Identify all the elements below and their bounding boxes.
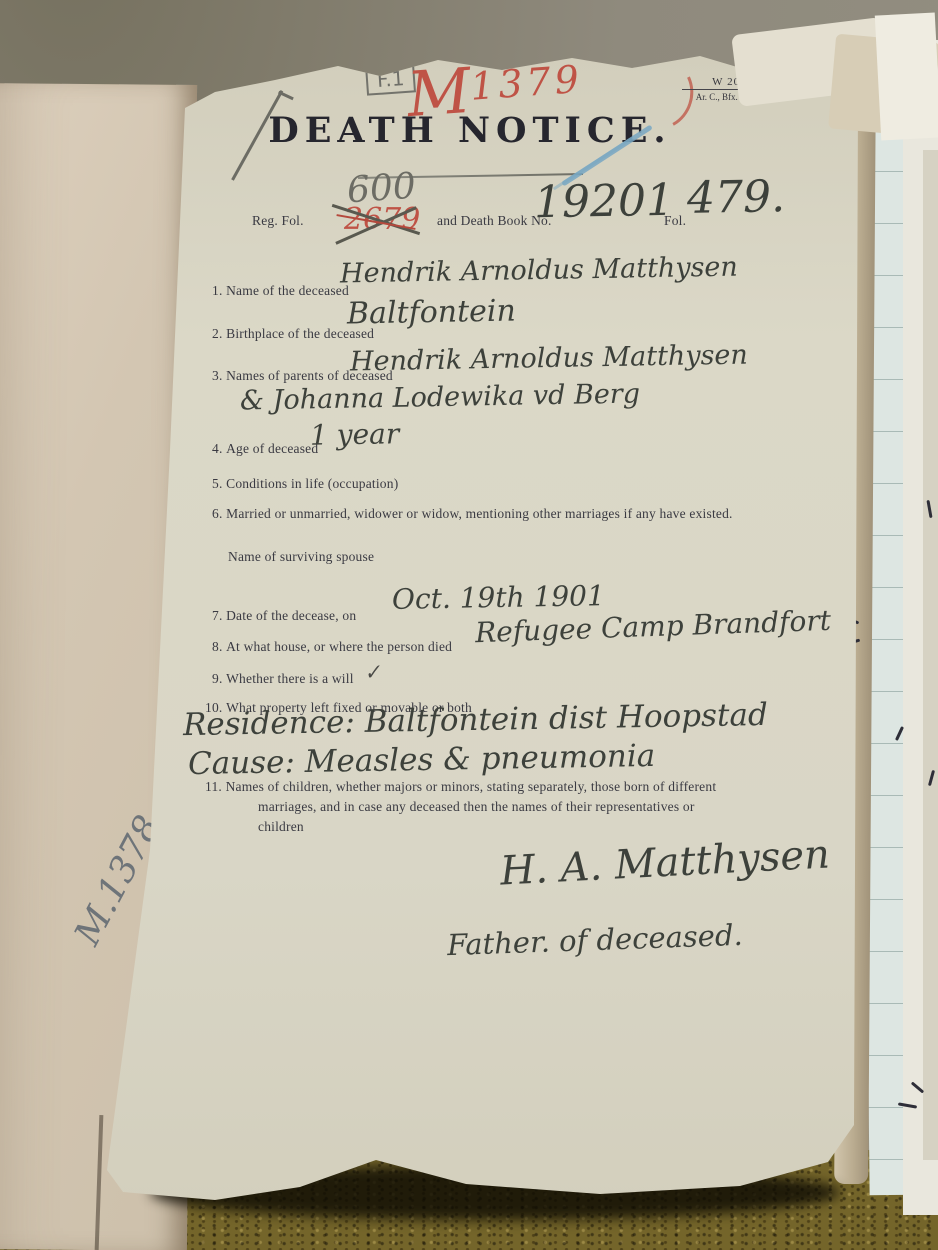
photograph-of-death-notice: M.1378 F.1 M1379 W 20. Ar. C., Bfx. 1875… (0, 0, 938, 1250)
item4-text: Age of deceased (226, 441, 318, 456)
item9-text: Whether there is a will (226, 671, 354, 686)
fol-number-handwritten: 479. (687, 171, 786, 224)
item1-label: 1. Name of the deceased (212, 283, 349, 299)
reg-fol-label: Reg. Fol. (252, 213, 304, 229)
item1-value-handwritten: Hendrik Arnoldus Matthysen (340, 252, 738, 290)
item6-num: 6. (212, 506, 223, 521)
item9-num: 9. (212, 671, 223, 686)
cause-note-handwritten: Cause: Measles & pneumonia (188, 738, 656, 782)
item11-text1: Names of children, whether majors or min… (226, 779, 717, 794)
item11-label-line3: children (258, 819, 304, 835)
item7-label: 7. Date of the decease, on (212, 608, 356, 624)
item1-num: 1. (212, 283, 223, 298)
item4-value-handwritten: 1 year (310, 417, 400, 452)
item4-label: 4. Age of deceased (212, 441, 318, 457)
page-title: DEATH NOTICE. (235, 110, 705, 151)
item9-label: 9. Whether there is a will (212, 671, 354, 687)
item3-value-line2-handwritten: & Johanna Lodewika vd Berg (240, 379, 640, 417)
item1-text: Name of the deceased (226, 283, 349, 298)
item2-value-handwritten: Baltfontein (347, 294, 516, 332)
item11-label-line2: marriages, and in case any deceased then… (258, 799, 695, 815)
item8-text: At what house, or where the person died (226, 639, 452, 654)
item8-label: 8. At what house, or where the person di… (212, 639, 452, 655)
item7-value-handwritten: Oct. 19th 1901 (392, 579, 605, 616)
item8-num: 8. (212, 639, 223, 654)
item11-label-line1: 11. Names of children, whether majors or… (205, 779, 716, 795)
item2-num: 2. (212, 326, 223, 341)
item3-value-handwritten: Hendrik Arnoldus Matthysen (350, 340, 748, 378)
signature-handwritten: H. A. Matthysen (499, 831, 831, 894)
spouse-label: Name of surviving spouse (228, 549, 374, 565)
item4-num: 4. (212, 441, 223, 456)
torn-paper-fragment-3 (875, 13, 938, 141)
item3-num: 3. (212, 368, 223, 383)
white-page-edge-2 (923, 150, 938, 1160)
item5-text: Conditions in life (occupation) (226, 476, 398, 491)
signature-capacity-handwritten: Father. of deceased. (446, 918, 743, 962)
item7-text: Date of the decease, on (226, 608, 356, 623)
item5-num: 5. (212, 476, 223, 491)
death-book-number-handwritten: 19201 (534, 175, 675, 228)
item6-text: Married or unmarried, widower or widow, … (226, 506, 733, 521)
item7-num: 7. (212, 608, 223, 623)
fol-label: Fol. (664, 213, 686, 229)
item9-will-checkmark: ✓ (362, 659, 382, 685)
item5-label: 5. Conditions in life (occupation) (212, 476, 398, 492)
death-notice-page: F.1 M1379 W 20. Ar. C., Bfx. 1875. DEATH… (95, 50, 862, 1210)
item11-num: 11. (205, 779, 222, 794)
item6-label: 6. Married or unmarried, widower or wido… (212, 506, 733, 522)
